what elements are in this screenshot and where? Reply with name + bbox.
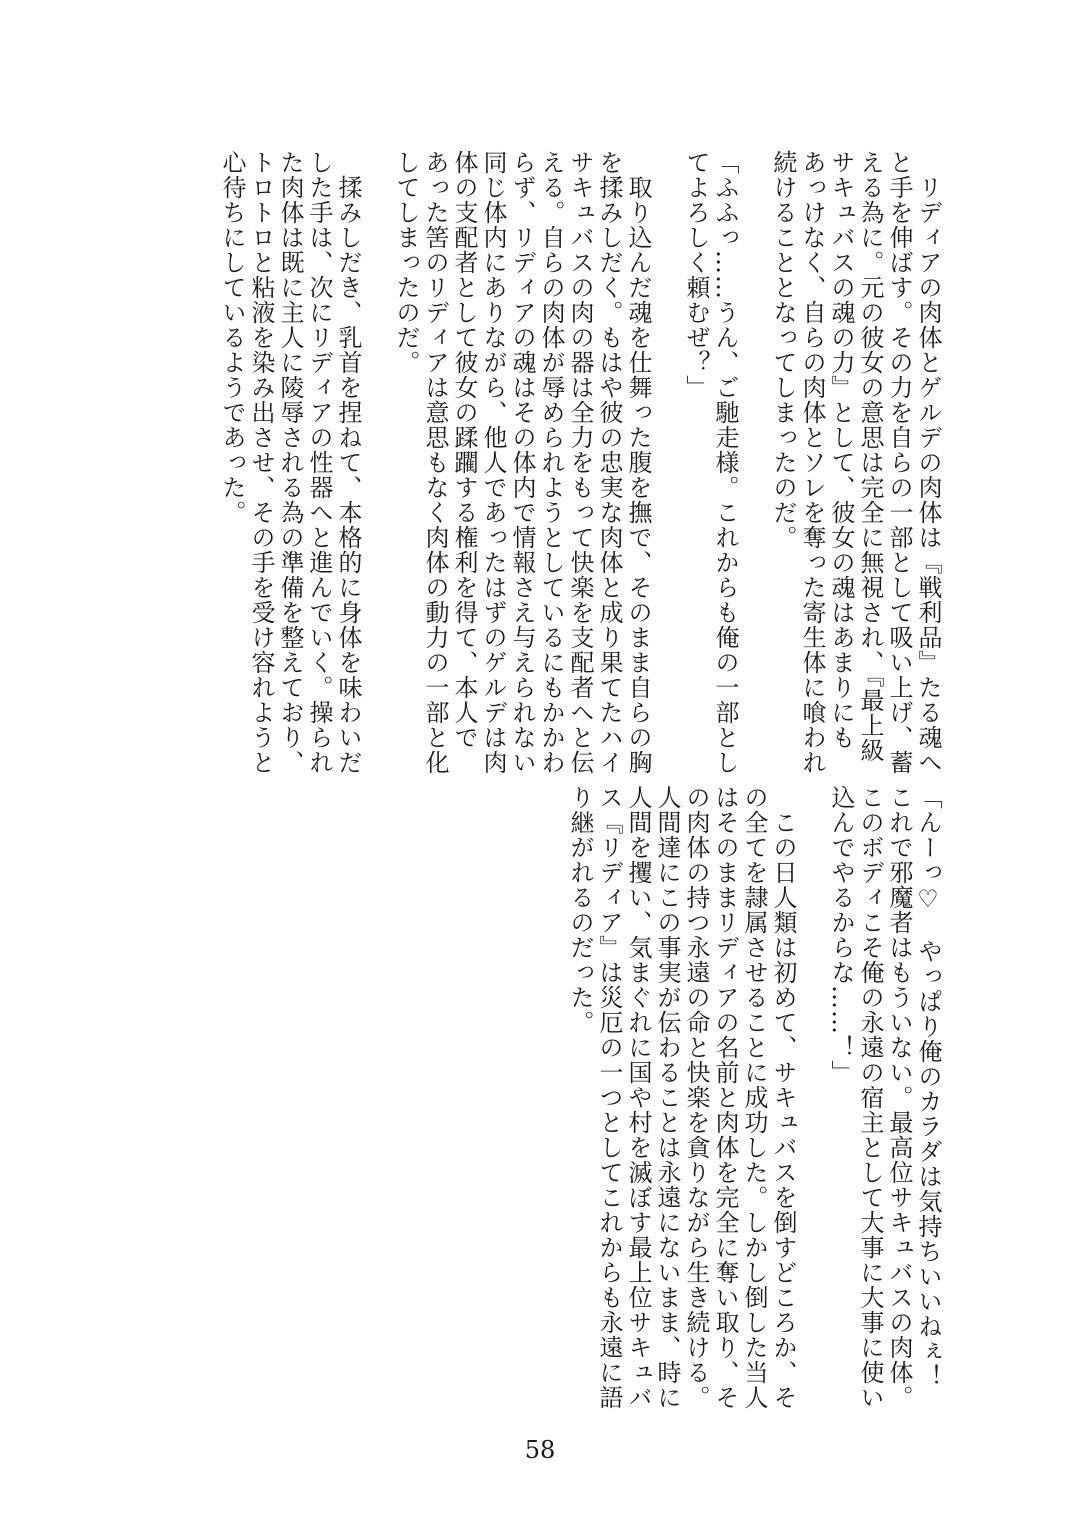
text-line: リディアの肉体とゲルデの肉体は『戦利品』たる魂へ: [913, 150, 942, 770]
text-line: サキュバスの肉の器は全力をもって快楽を支配者へと伝: [565, 150, 594, 770]
text-line: 体の支配者として彼女の蹂躙する権利を得て、本人で: [449, 150, 478, 770]
text-line: ス『リディア』は災厄の一つとしてこれからも永遠に語: [594, 785, 623, 1365]
dialogue-line: このボディこそ俺の永遠の宿主として大事に大事に使い: [855, 785, 884, 1365]
text-line: した手は、次にリディアの性器へと進んでいく。操られ: [304, 150, 333, 770]
page-number: 58: [0, 1436, 1080, 1464]
text-line: 人間達にこの事実が伝わることは永遠にないまま、時に: [652, 785, 681, 1365]
text-line: の全てを隷属させることに成功した。しかし倒した当人: [739, 785, 768, 1365]
text-line: あった筈のリディアは意思もなく肉体の動力の一部と化: [420, 150, 449, 770]
text-line: の肉体の持つ永遠の命と快楽を貪りながら生き続ける。: [681, 785, 710, 1365]
text-line: 揉みしだき、乳首を捏ねて、本格的に身体を味わいだ: [333, 150, 362, 770]
text-line: この日人類は初めて、サキュバスを倒すどころか、そ: [768, 785, 797, 1365]
text-line: た肉体は既に主人に陵辱される為の準備を整えており、: [275, 150, 304, 770]
dialogue-line: これで邪魔者はもういない。最高位サキュバスの肉体。: [884, 785, 913, 1365]
text-line: トロトロと粘液を染み出させ、その手を受け容れようと: [246, 150, 275, 770]
paragraph-gap: [739, 150, 768, 770]
text-line: り継がれるのだった。: [565, 785, 594, 1365]
text-line: 取り込んだ魂を仕舞った腹を撫で、そのまま自らの胸: [623, 150, 652, 770]
text-line: える為に。元の彼女の意思は完全に無視され、『最上級: [855, 150, 884, 770]
text-line: 人間を攫い、気まぐれに国や村を滅ぼす最上位サキュバ: [623, 785, 652, 1365]
text-line: はそのままリディアの名前と肉体を完全に奪い取り、そ: [710, 785, 739, 1365]
upper-text-block: リディアの肉体とゲルデの肉体は『戦利品』たる魂へ と手を伸ばす。その力を自らの一…: [217, 150, 942, 770]
dialogue-line: てよろしく頼むぜ？」: [681, 150, 710, 770]
text-line: える。自らの肉体が辱められようとしているにもかかわ: [536, 150, 565, 770]
dialogue-line: 込んでやるからな……！」: [826, 785, 855, 1365]
text-line: と手を伸ばす。その力を自らの一部として吸い上げ、蓄: [884, 150, 913, 770]
text-line: 同じ体内にありながら、他人であったはずのゲルデは肉: [478, 150, 507, 770]
text-line: あっけなく、自らの肉体とソレを奪った寄生体に喰われ: [797, 150, 826, 770]
paragraph-gap: [652, 150, 681, 770]
text-line: してしまったのだ。: [391, 150, 420, 770]
book-page: リディアの肉体とゲルデの肉体は『戦利品』たる魂へ と手を伸ばす。その力を自らの一…: [0, 0, 1080, 1530]
lower-text-block: 「んーっ♡ やっぱり俺のカラダは気持ちいいねぇ！ これで邪魔者はもういない。最高…: [565, 785, 942, 1365]
text-line: らず、リディアの魂はその体内で情報さえ与えられない: [507, 150, 536, 770]
paragraph-gap: [362, 150, 391, 770]
dialogue-line: 「ふふっ……うん、ご馳走様。これからも俺の一部とし: [710, 150, 739, 770]
text-line: を揉みしだく。もはや彼の忠実な肉体と成り果てたハイ: [594, 150, 623, 770]
text-line: サキュバスの魂の力』として、彼女の魂はあまりにも: [826, 150, 855, 770]
dialogue-line: 「んーっ♡ やっぱり俺のカラダは気持ちいいねぇ！: [913, 785, 942, 1365]
text-line: 心待ちにしているようであった。: [217, 150, 246, 770]
paragraph-gap: [797, 785, 826, 1365]
text-line: 続けることとなってしまったのだ。: [768, 150, 797, 770]
